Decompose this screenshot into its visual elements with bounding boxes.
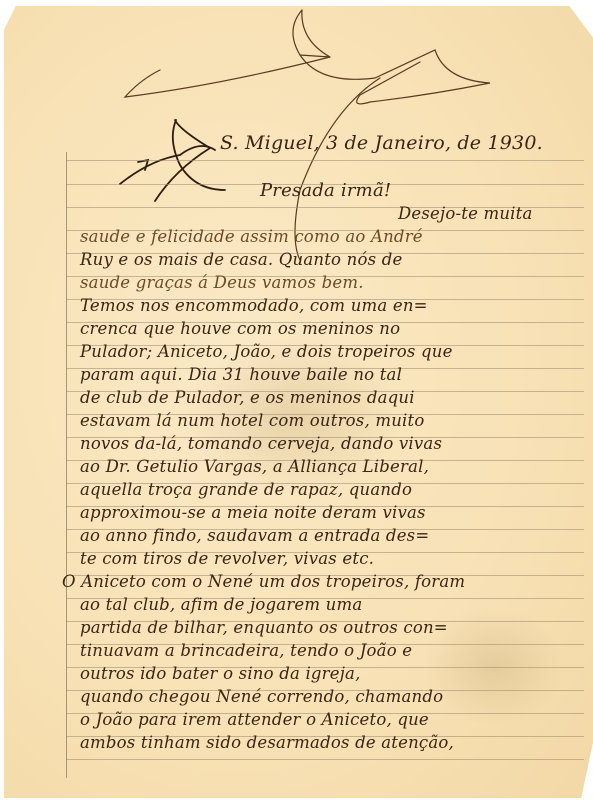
ruled-line bbox=[66, 160, 584, 161]
letter-line: Desejo-te muita bbox=[398, 204, 533, 223]
letter-line: partida de bilhar, enquanto os outros co… bbox=[80, 618, 448, 637]
letter-line: Temos nos encommodado, com uma en= bbox=[80, 296, 428, 315]
letter-line: te com tiros de revolver, vivas etc. bbox=[80, 549, 374, 568]
letter-line: estavam lá num hotel com outros, muito bbox=[80, 411, 424, 430]
letter-line: Pulador; Aniceto, João, e dois tropeiros… bbox=[80, 342, 453, 361]
letter-line: saude e felicidade assim como ao André bbox=[80, 227, 423, 246]
letter-line: o João para irem attender o Aniceto, que bbox=[80, 710, 429, 729]
letter-line: ao anno findo, saudavam a entrada des= bbox=[80, 526, 429, 545]
letter-line: outros ido bater o sino da igreja, bbox=[80, 664, 361, 683]
letter-line: ao tal club, afim de jogarem uma bbox=[80, 595, 362, 614]
letter-line: saude graças á Deus vamos bem. bbox=[80, 273, 364, 292]
ruled-line bbox=[66, 759, 584, 760]
letter-line: tinuavam a brincadeira, tendo o João e bbox=[80, 641, 412, 660]
letter-line: ao Dr. Getulio Vargas, a Alliança Libera… bbox=[80, 457, 429, 476]
letter-line: crenca que houve com os meninos no bbox=[80, 319, 400, 338]
letter-line: Ruy e os mais de casa. Quanto nós de bbox=[80, 250, 402, 269]
letter-line: approximou-se a meia noite deram vivas bbox=[80, 503, 426, 522]
letter-line: O Aniceto com o Nené um dos tropeiros, f… bbox=[62, 572, 465, 591]
letter-line: param aqui. Dia 31 houve baile no tal bbox=[80, 365, 402, 384]
salutation: Presada irmã! bbox=[260, 180, 391, 201]
letter-line: aquella troça grande de rapaz, quando bbox=[80, 480, 412, 499]
dateline: S. Miguel, 3 de Janeiro, de 1930. bbox=[220, 132, 543, 154]
letter-line: ambos tinham sido desarmados de atenção, bbox=[80, 733, 454, 752]
letter-line: de club de Pulador, e os meninos daqui bbox=[80, 388, 415, 407]
margin-line bbox=[66, 152, 67, 778]
letter-line: quando chegou Nené correndo, chamando bbox=[80, 687, 443, 706]
letter-line: novos da-lá, tomando cerveja, dando viva… bbox=[80, 434, 442, 453]
